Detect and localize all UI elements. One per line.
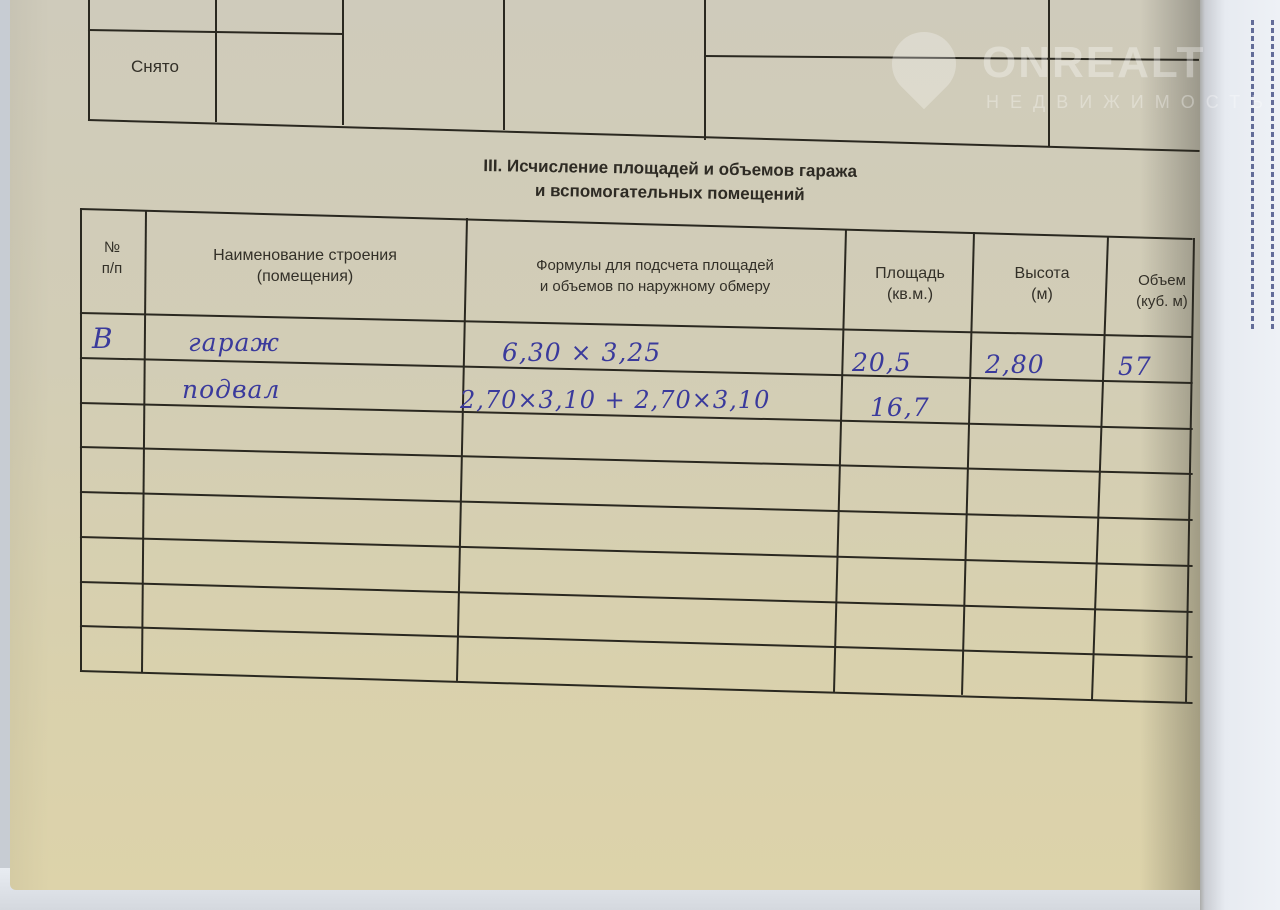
table-line bbox=[704, 0, 706, 140]
header-text: и объемов по наружному обмеру bbox=[470, 276, 840, 297]
header-text: (кв.м.) bbox=[845, 284, 975, 305]
header-height: Высота (м) bbox=[978, 263, 1106, 305]
row1-name: гараж bbox=[188, 328, 280, 357]
table-line bbox=[80, 446, 1193, 475]
header-text: Формулы для подсчета площадей bbox=[470, 255, 840, 276]
row2-area: 16,7 bbox=[870, 393, 930, 422]
header-text: Площадь bbox=[845, 263, 975, 284]
header-area: Площадь (кв.м.) bbox=[845, 263, 975, 305]
header-name: Наименование строения (помещения) bbox=[150, 245, 460, 287]
header-text: № bbox=[82, 237, 142, 258]
table-line bbox=[215, 0, 217, 122]
row2-formula: 2,70×3,10 + 2,70×3,10 bbox=[460, 386, 770, 414]
table-line bbox=[80, 208, 1193, 240]
table-line bbox=[80, 670, 1193, 704]
header-text: Высота bbox=[978, 263, 1106, 284]
row1-number: В bbox=[92, 322, 114, 355]
house-pin-icon bbox=[879, 19, 970, 110]
table-line bbox=[141, 210, 147, 672]
table-line bbox=[80, 581, 1193, 613]
removed-label: Снято bbox=[100, 56, 210, 77]
table-line bbox=[88, 0, 90, 120]
row2-name: подвал bbox=[182, 375, 280, 404]
table-line bbox=[1091, 236, 1109, 699]
background-sheet-right bbox=[1195, 0, 1280, 910]
header-text: (помещения) bbox=[150, 266, 460, 287]
table-line bbox=[456, 218, 468, 680]
watermark-brand: ONREALT bbox=[982, 38, 1205, 88]
table-line bbox=[80, 491, 1193, 521]
header-volume: Объем (куб. м) bbox=[1122, 270, 1202, 312]
header-formula: Формулы для подсчета площадей и объемов … bbox=[470, 255, 840, 297]
row1-height: 2,80 bbox=[985, 350, 1045, 379]
header-text: Наименование строения bbox=[150, 245, 460, 266]
printed-dash-line bbox=[1251, 20, 1254, 330]
header-text: (куб. м) bbox=[1122, 291, 1202, 312]
table-line bbox=[80, 625, 1193, 658]
table-line bbox=[342, 0, 344, 125]
row1-formula: 6,30 × 3,25 bbox=[502, 338, 661, 367]
printed-dash-line bbox=[1271, 20, 1274, 330]
watermark-subtitle: НЕДВИЖИМОСТЬ bbox=[986, 92, 1274, 113]
header-text: п/п bbox=[82, 258, 142, 279]
header-number: № п/п bbox=[82, 237, 142, 279]
document-page: Снято ONREALT НЕДВИЖИМОСТЬ III. Исчислен… bbox=[10, 0, 1200, 890]
header-text: (м) bbox=[978, 284, 1106, 305]
row1-area: 20,5 bbox=[852, 348, 912, 377]
table-line bbox=[88, 119, 1200, 152]
table-line bbox=[503, 0, 505, 130]
header-text: Объем bbox=[1122, 270, 1202, 291]
row1-volume: 57 bbox=[1118, 352, 1152, 381]
table-line bbox=[80, 536, 1193, 567]
section-title: III. Исчисление площадей и объемов гараж… bbox=[410, 153, 931, 209]
